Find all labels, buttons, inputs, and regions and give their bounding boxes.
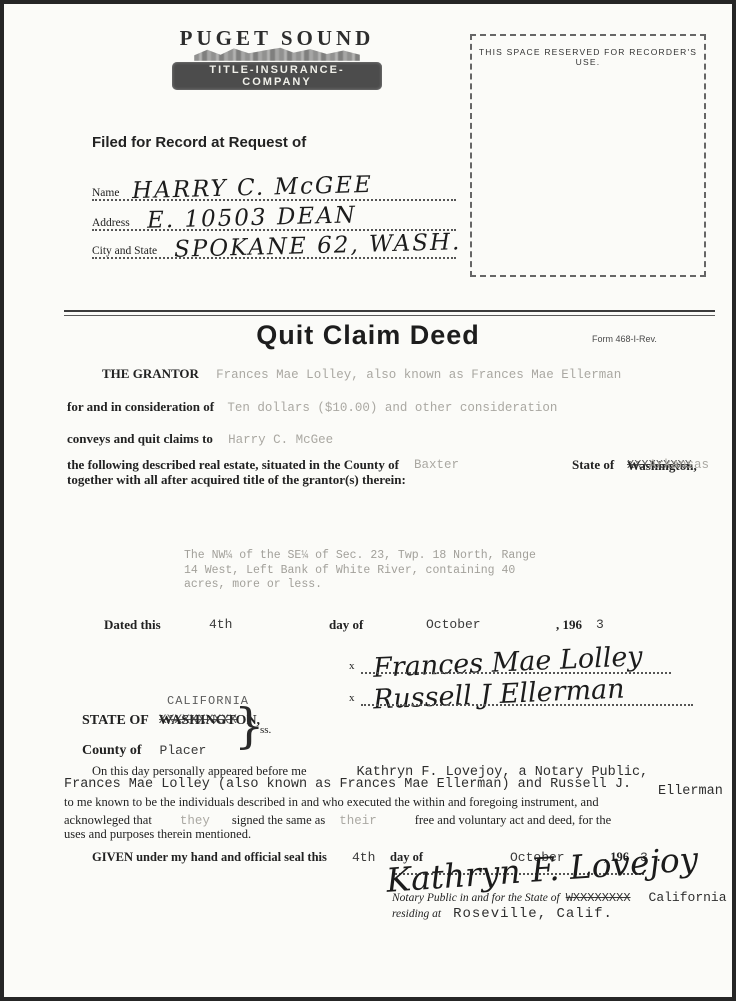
- residing-value-typed: Roseville, Calif.: [453, 906, 613, 922]
- given-text: GIVEN under my hand and official seal th…: [92, 850, 327, 865]
- signature-x-mark: x: [349, 692, 355, 704]
- known-individuals-line: to me known to be the individuals descri…: [64, 795, 599, 810]
- signature-dotted-line: [361, 704, 693, 706]
- consideration-typed-value: Ten dollars ($10.00) and other considera…: [227, 401, 557, 415]
- form-number: Form 468-I-Rev.: [592, 334, 657, 344]
- acknowledged-text-1: acknowleged that: [64, 813, 152, 827]
- state-of-label: State of: [572, 457, 614, 473]
- grantor-label: THE GRANTOR: [102, 366, 199, 381]
- grantor-line: THE GRANTOR Frances Mae Lolley, also kno…: [102, 366, 621, 382]
- county-of-label: County of: [82, 743, 142, 758]
- conveys-typed-value: Harry C. McGee: [228, 433, 333, 447]
- county-typed-value: Placer: [160, 743, 207, 758]
- state-of-label: STATE OF: [82, 713, 149, 728]
- logo-banner: TITLE-INSURANCE-COMPANY: [172, 62, 382, 90]
- capacity-state-typed: California: [649, 890, 727, 905]
- given-day-value: 4th: [352, 850, 375, 865]
- dated-this-label: Dated this: [104, 617, 161, 633]
- city-state-label: City and State: [92, 245, 157, 257]
- legal-description-line: 14 West, Left Bank of White River, conta…: [184, 564, 536, 579]
- day-of-label: day of: [329, 617, 363, 633]
- capacity-struck-state: WXXXXXXXX: [566, 891, 631, 905]
- year-prefix-label: , 196: [556, 617, 582, 633]
- dated-day-value: 4th: [209, 617, 232, 632]
- recorder-box-label: THIS SPACE RESERVED FOR RECORDER'S USE.: [472, 47, 704, 67]
- horizontal-rule: [64, 310, 715, 316]
- appearers-typed-wrap: Ellerman: [658, 784, 723, 799]
- residing-line: residing at Roseville, Calif.: [392, 904, 613, 922]
- name-field-row: Name HARRY C. McGEE: [92, 167, 456, 201]
- grantor-signature-row: x Russell J Ellerman: [361, 672, 693, 706]
- acknowledged-text-2: signed the same as: [232, 813, 325, 827]
- their-typed: their: [339, 814, 377, 828]
- county-state-line: the following described real estate, sit…: [67, 457, 717, 473]
- county-of-line: County of Placer: [82, 741, 206, 759]
- grantor-signature-row: x Frances Mae Lolley: [361, 640, 671, 674]
- city-state-field-row: City and State SPOKANE 62, WASH.: [92, 225, 456, 259]
- conveys-line: conveys and quit claims to Harry C. McGe…: [67, 431, 333, 447]
- legal-description-line: The NW¼ of the SE¼ of Sec. 23, Twp. 18 N…: [184, 549, 536, 564]
- dated-year-value: 3: [596, 617, 604, 632]
- filed-heading: Filed for Record at Request of: [92, 134, 306, 151]
- city-state-dotted-line: [92, 257, 456, 259]
- acknowledged-text-3: free and voluntary act and deed, for the: [415, 813, 611, 827]
- title-company-logo: PUGET SOUND TITLE-INSURANCE-COMPANY: [172, 26, 382, 90]
- signature-x-mark: x: [349, 660, 355, 672]
- ss-label: ss.: [260, 724, 271, 736]
- residing-label: residing at: [392, 908, 441, 920]
- county-line-text: the following described real estate, sit…: [67, 457, 399, 473]
- consideration-label: for and in consideration of: [67, 399, 214, 414]
- county-typed-value: Baxter: [414, 458, 459, 472]
- dated-line: Dated this 4th day of October , 196 3: [104, 617, 664, 635]
- uses-purposes-line: uses and purposes therein mentioned.: [64, 827, 251, 842]
- conveys-label: conveys and quit claims to: [67, 431, 213, 446]
- appearers-typed-line: Frances Mae Lolley (also known as France…: [64, 777, 631, 792]
- dated-month-value: October: [426, 617, 481, 632]
- appeared-before-text: On this day personally appeared before m…: [92, 764, 307, 778]
- legal-description-line: acres, more or less.: [184, 578, 536, 593]
- grantor-signature: Russell J Ellerman: [372, 674, 625, 716]
- they-typed: they: [180, 814, 210, 828]
- state-typed-value: Arkansas: [649, 458, 709, 472]
- scanned-deed-page: PUGET SOUND TITLE-INSURANCE-COMPANY THIS…: [0, 0, 736, 1001]
- legal-description: The NW¼ of the SE¼ of Sec. 23, Twp. 18 N…: [184, 549, 536, 593]
- after-acquired-title-line: together with all after acquired title o…: [67, 472, 406, 488]
- grantor-typed-value: Frances Mae Lolley, also known as France…: [216, 368, 621, 382]
- logo-company-name: PUGET SOUND: [172, 26, 382, 51]
- recorder-reserved-box: THIS SPACE RESERVED FOR RECORDER'S USE.: [470, 34, 706, 277]
- consideration-line: for and in consideration of Ten dollars …: [67, 399, 557, 415]
